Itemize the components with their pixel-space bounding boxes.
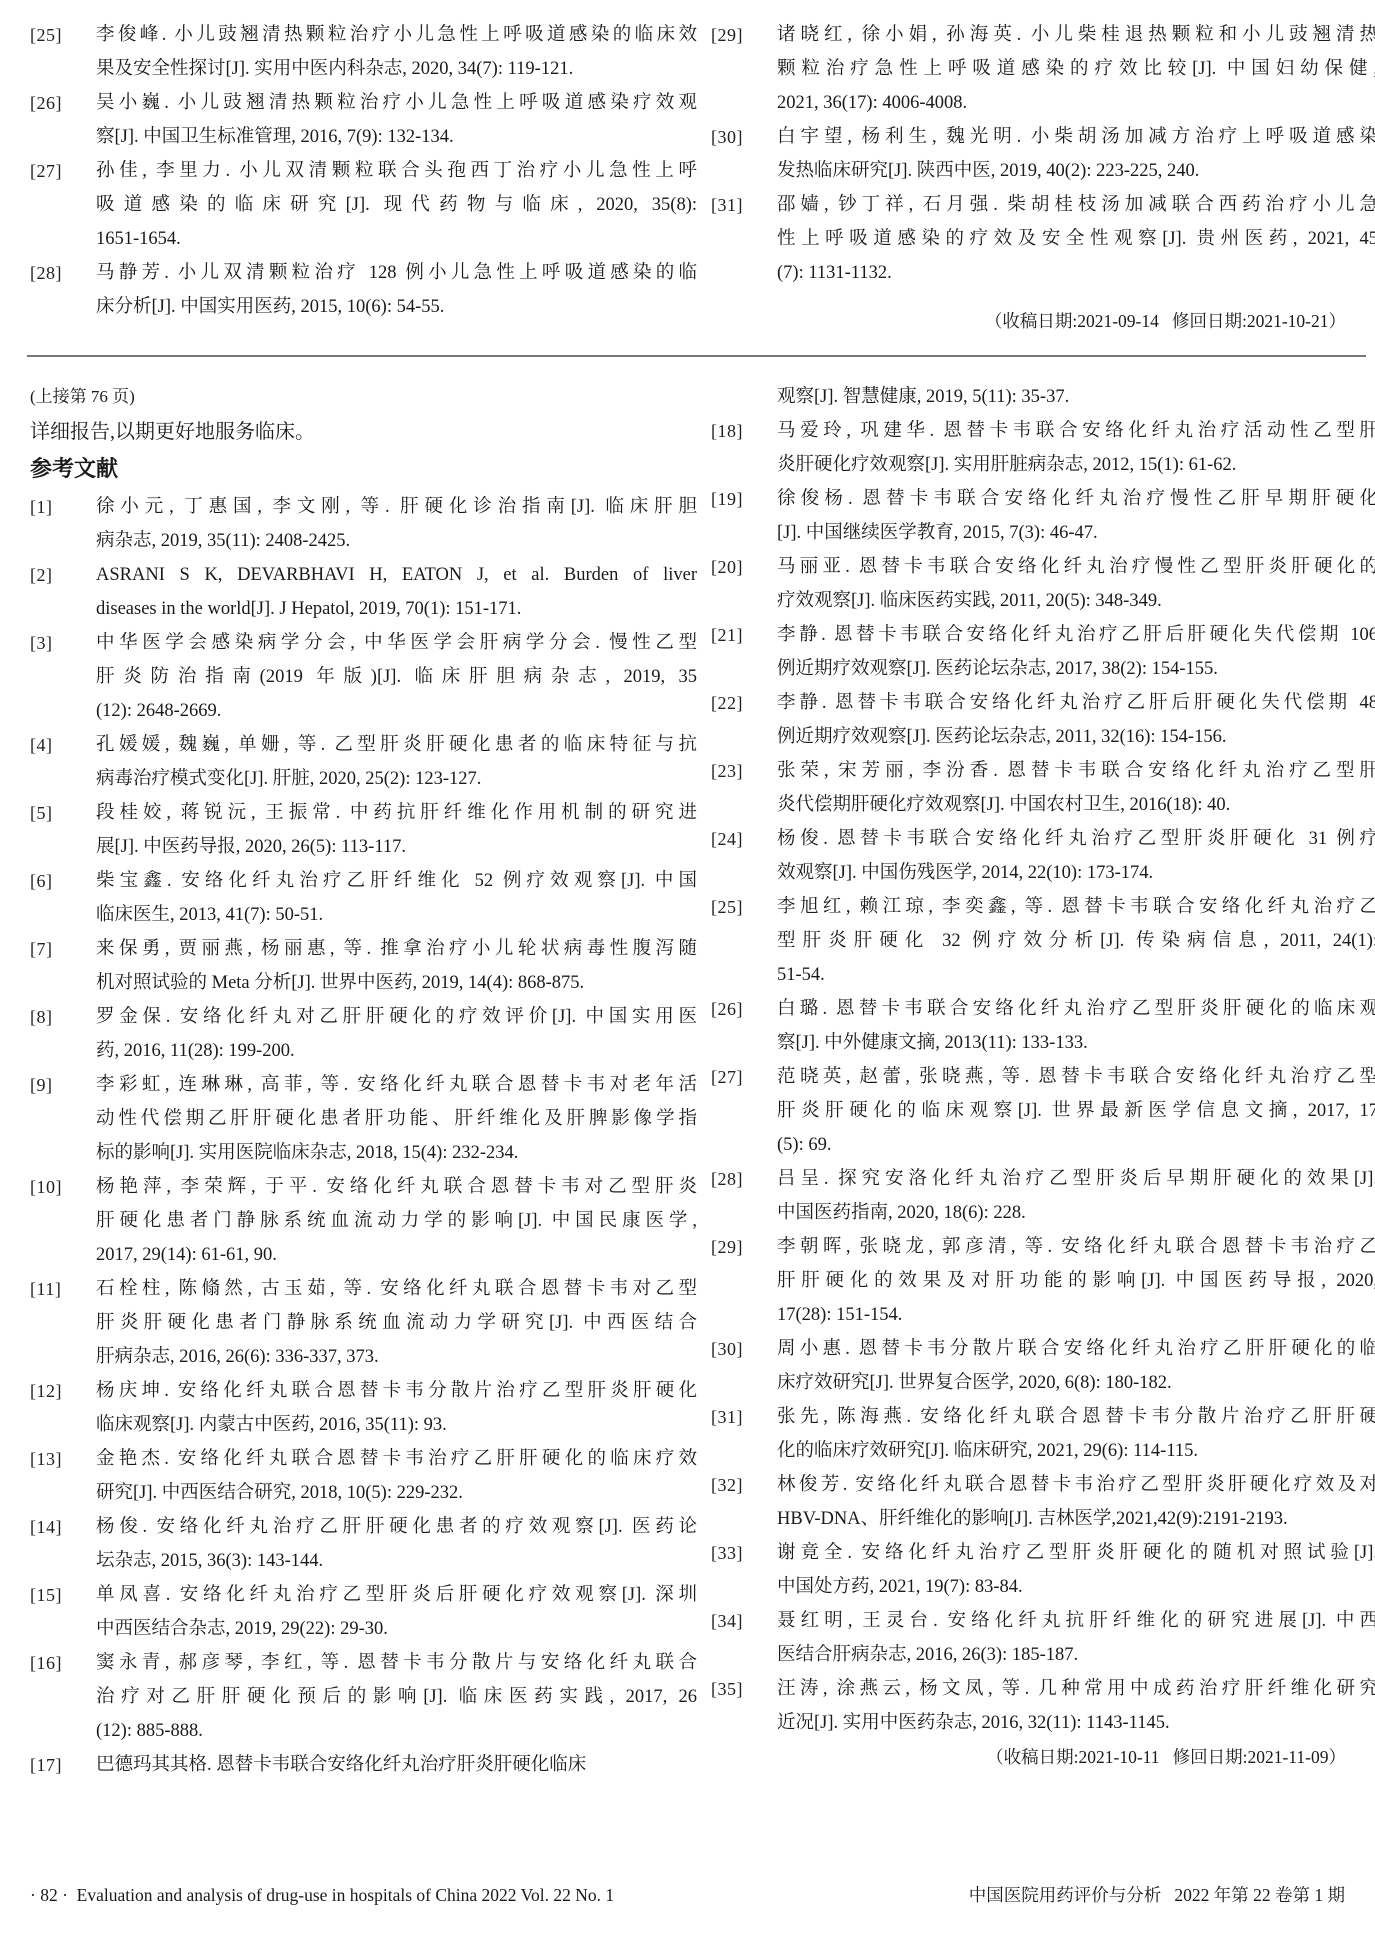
reference-line: 炎肝硬化疗效观察[J]. 实用肝脏病杂志, 2012, 15(1): 61-62… [777,448,1375,482]
reference-line: 来保勇, 贾丽燕, 杨丽惠, 等. 推拿治疗小儿轮状病毒性腹泻随 [96,932,697,966]
reference-item: [15]单凤喜. 安络化纤丸治疗乙型肝炎后肝硬化疗效观察[J]. 深圳中西医结合… [30,1578,700,1646]
footer-right-journal-info: 中国医院用药评价与分析 2022 年第 22 卷第 1 期 [969,1880,1345,1910]
reference-line: (5): 69. [777,1128,1375,1162]
reference-number: [29] [711,1230,743,1264]
bottom-right-reference-list: [18]马爱玲, 巩建华. 恩替卡韦联合安络化纤丸治疗活动性乙型肝炎肝硬化疗效观… [711,414,1375,1740]
reference-number: [26] [711,992,743,1026]
reference-line: [J]. 中国继续医学教育, 2015, 7(3): 46-47. [777,516,1375,550]
reference-number: [19] [711,482,743,516]
reference-number: [24] [711,822,743,856]
reference-line: 周小惠. 恩替卡韦分散片联合安络化纤丸治疗乙肝肝硬化的临 [777,1332,1375,1366]
reference-text: 马丽亚. 恩替卡韦联合安络化纤丸治疗慢性乙型肝炎肝硬化的疗效观察[J]. 临床医… [777,550,1375,618]
bottom-right-column: 观察[J]. 智慧健康, 2019, 5(11): 35-37. [18]马爱玲… [711,380,1375,1774]
intro-text: 详细报告,以期更好地服务临床。 [30,414,700,450]
reference-line: 白宇望, 杨利生, 魏光明. 小柴胡汤加减方治疗上呼吸道感染 [777,120,1375,154]
reference-text: 窦永青, 郝彦琴, 李红, 等. 恩替卡韦分散片与安络化纤丸联合治疗对乙肝肝硬化… [96,1646,700,1748]
reference-text: 中华医学会感染病学分会, 中华医学会肝病学分会. 慢性乙型肝炎防治指南(2019… [96,626,700,728]
reference-line: 果及安全性探讨[J]. 实用中医内科杂志, 2020, 34(7): 119-1… [96,52,697,86]
reference-item: [33]谢竟全. 安络化纤丸治疗乙型肝炎肝硬化的随机对照试验[J].中国处方药,… [711,1536,1375,1604]
reference-number: [7] [30,932,53,966]
reference-line: 病毒治疗模式变化[J]. 肝脏, 2020, 25(2): 123-127. [96,762,697,796]
reference-item: [22]李静. 恩替卡韦联合安络化纤丸治疗乙肝后肝硬化失代偿期 48例近期疗效观… [711,686,1375,754]
reference-line: 1651-1654. [96,222,697,256]
reference-item: [26]白璐. 恩替卡韦联合安络化纤丸治疗乙型肝炎肝硬化的临床观察[J]. 中外… [711,992,1375,1060]
reference-line: 李朝晖, 张晓龙, 郭彦清, 等. 安络化纤丸联合恩替卡韦治疗乙 [777,1230,1375,1264]
reference-line: 研究[J]. 中西医结合研究, 2018, 10(5): 229-232. [96,1476,697,1510]
reference-line: 病杂志, 2019, 35(11): 2408-2425. [96,524,697,558]
reference-line: 段桂姣, 蒋锐沅, 王振常. 中药抗肝纤维化作用机制的研究进 [96,796,697,830]
reference-text: 巴德玛其其格. 恩替卡韦联合安络化纤丸治疗肝炎肝硬化临床 [96,1748,700,1782]
reference-line: (12): 885-888. [96,1714,697,1748]
reference-line: 肝炎肝硬化的临床观察[J]. 世界最新医学信息文摘, 2017, 17 [777,1094,1375,1128]
reference-text: 李俊峰. 小儿豉翘清热颗粒治疗小儿急性上呼吸道感染的临床效果及安全性探讨[J].… [96,18,700,86]
reference-number: [4] [30,728,53,762]
reference-line: 药, 2016, 11(28): 199-200. [96,1034,697,1068]
reference-number: [22] [711,686,743,720]
received-revised-dates-bottom: （收稿日期:2021-10-11 修回日期:2021-11-09） [711,1740,1346,1774]
reference-number: [10] [30,1170,62,1204]
reference-text: 吴小巍. 小儿豉翘清热颗粒治疗小儿急性上呼吸道感染疗效观察[J]. 中国卫生标准… [96,86,700,154]
reference-text: 马静芳. 小儿双清颗粒治疗 128 例小儿急性上呼吸道感染的临床分析[J]. 中… [96,256,700,324]
reference-number: [1] [30,490,53,524]
reference-text: 段桂姣, 蒋锐沅, 王振常. 中药抗肝纤维化作用机制的研究进展[J]. 中医药导… [96,796,700,864]
continued-from-note: (上接第 76 页) [30,380,700,414]
reference-number: [13] [30,1442,62,1476]
reference-line: 中西医结合杂志, 2019, 29(22): 29-30. [96,1612,697,1646]
reference-item: [12]杨庆坤. 安络化纤丸联合恩替卡韦分散片治疗乙型肝炎肝硬化临床观察[J].… [30,1374,700,1442]
reference-text: 吕呈. 探究安洛化纤丸治疗乙型肝炎后早期肝硬化的效果[J].中国医药指南, 20… [777,1162,1375,1230]
reference-item: [7]来保勇, 贾丽燕, 杨丽惠, 等. 推拿治疗小儿轮状病毒性腹泻随机对照试验… [30,932,700,1000]
reference-item: [30]白宇望, 杨利生, 魏光明. 小柴胡汤加减方治疗上呼吸道感染发热临床研究… [711,120,1375,188]
reference-item: [34]聂红明, 王灵台. 安络化纤丸抗肝纤维化的研究进展[J]. 中西医结合肝… [711,1604,1375,1672]
reference-number: [5] [30,796,53,830]
reference-line: 中国处方药, 2021, 19(7): 83-84. [777,1570,1375,1604]
reference-text: 徐俊杨. 恩替卡韦联合安络化纤丸治疗慢性乙肝早期肝硬化[J]. 中国继续医学教育… [777,482,1375,550]
reference-number: [9] [30,1068,53,1102]
reference-line: 巴德玛其其格. 恩替卡韦联合安络化纤丸治疗肝炎肝硬化临床 [96,1748,697,1782]
reference-item: [26]吴小巍. 小儿豉翘清热颗粒治疗小儿急性上呼吸道感染疗效观察[J]. 中国… [30,86,700,154]
reference-item: [35]汪涛, 涂燕云, 杨文凤, 等. 几种常用中成药治疗肝纤维化研究近况[J… [711,1672,1375,1740]
reference-item: [20]马丽亚. 恩替卡韦联合安络化纤丸治疗慢性乙型肝炎肝硬化的疗效观察[J].… [711,550,1375,618]
reference-line: 临床医生, 2013, 41(7): 50-51. [96,898,697,932]
reference-number: [35] [711,1672,743,1706]
reference-line: 杨俊. 安络化纤丸治疗乙肝肝硬化患者的疗效观察[J]. 医药论 [96,1510,697,1544]
reference-number: [23] [711,754,743,788]
reference-line: 李静. 恩替卡韦联合安络化纤丸治疗乙肝后肝硬化失代偿期 48 [777,686,1375,720]
reference-line: 马丽亚. 恩替卡韦联合安络化纤丸治疗慢性乙型肝炎肝硬化的 [777,550,1375,584]
reference-line: (7): 1131-1132. [777,256,1375,290]
reference-number: [16] [30,1646,62,1680]
reference-item: [1]徐小元, 丁惠国, 李文刚, 等. 肝硬化诊治指南[J]. 临床肝胆病杂志… [30,490,700,558]
reference-item: [24]杨俊. 恩替卡韦联合安络化纤丸治疗乙型肝炎肝硬化 31 例疗效观察[J]… [711,822,1375,890]
reference-text: 白宇望, 杨利生, 魏光明. 小柴胡汤加减方治疗上呼吸道感染发热临床研究[J].… [777,120,1375,188]
reference-number: [6] [30,864,53,898]
reference-item: [14]杨俊. 安络化纤丸治疗乙肝肝硬化患者的疗效观察[J]. 医药论坛杂志, … [30,1510,700,1578]
reference-item: [4]孔媛媛, 魏巍, 单姗, 等. 乙型肝炎肝硬化患者的临床特征与抗病毒治疗模… [30,728,700,796]
reference-text: 马爱玲, 巩建华. 恩替卡韦联合安络化纤丸治疗活动性乙型肝炎肝硬化疗效观察[J]… [777,414,1375,482]
reference-item: [29]诸晓红, 徐小娟, 孙海英. 小儿柴桂退热颗粒和小儿豉翘清热颗粒治疗急性… [711,18,1375,120]
reference-line: 马静芳. 小儿双清颗粒治疗 128 例小儿急性上呼吸道感染的临 [96,256,697,290]
section-divider [27,355,1366,357]
reference-line: 治疗对乙肝肝硬化预后的影响[J]. 临床医药实践, 2017, 26 [96,1680,697,1714]
reference-line: 孔媛媛, 魏巍, 单姗, 等. 乙型肝炎肝硬化患者的临床特征与抗 [96,728,697,762]
reference-line: ASRANI S K, DEVARBHAVI H, EATON J, et al… [96,558,697,592]
reference-number: [25] [711,890,743,924]
reference-text: 汪涛, 涂燕云, 杨文凤, 等. 几种常用中成药治疗肝纤维化研究近况[J]. 实… [777,1672,1375,1740]
references-heading: 参考文献 [30,450,700,490]
reference-text: 石栓柱, 陈翛然, 古玉茹, 等. 安络化纤丸联合恩替卡韦对乙型肝炎肝硬化患者门… [96,1272,700,1374]
reference-number: [15] [30,1578,62,1612]
reference-number: [34] [711,1604,743,1638]
reference-line: 化的临床疗效研究[J]. 临床研究, 2021, 29(6): 114-115. [777,1434,1375,1468]
reference-line: 2017, 29(14): 61-61, 90. [96,1238,697,1272]
reference-line: 石栓柱, 陈翛然, 古玉茹, 等. 安络化纤丸联合恩替卡韦对乙型 [96,1272,697,1306]
reference-item: [3]中华医学会感染病学分会, 中华医学会肝病学分会. 慢性乙型肝炎防治指南(2… [30,626,700,728]
reference-text: 杨俊. 安络化纤丸治疗乙肝肝硬化患者的疗效观察[J]. 医药论坛杂志, 2015… [96,1510,700,1578]
reference-line: 察[J]. 中外健康文摘, 2013(11): 133-133. [777,1026,1375,1060]
reference-text: 孙佳, 李里力. 小儿双清颗粒联合头孢西丁治疗小儿急性上呼吸道感染的临床研究[J… [96,154,700,256]
reference-text: 徐小元, 丁惠国, 李文刚, 等. 肝硬化诊治指南[J]. 临床肝胆病杂志, 2… [96,490,700,558]
reference-line: 标的影响[J]. 实用医院临床杂志, 2018, 15(4): 232-234. [96,1136,697,1170]
reference-line: 坛杂志, 2015, 36(3): 143-144. [96,1544,697,1578]
reference-line: 例近期疗效观察[J]. 医药论坛杂志, 2011, 32(16): 154-15… [777,720,1375,754]
reference-line: 汪涛, 涂燕云, 杨文凤, 等. 几种常用中成药治疗肝纤维化研究 [777,1672,1375,1706]
bottom-left-reference-list: [1]徐小元, 丁惠国, 李文刚, 等. 肝硬化诊治指南[J]. 临床肝胆病杂志… [30,490,700,1782]
reference-item: [25]李旭红, 赖江琼, 李奕鑫, 等. 恩替卡韦联合安络化纤丸治疗乙型肝炎肝… [711,890,1375,992]
reference-item: [2]ASRANI S K, DEVARBHAVI H, EATON J, et… [30,558,700,626]
reference-text: 李静. 恩替卡韦联合安络化纤丸治疗乙肝后肝硬化失代偿期 106例近期疗效观察[J… [777,618,1375,686]
reference-line: 杨庆坤. 安络化纤丸联合恩替卡韦分散片治疗乙型肝炎肝硬化 [96,1374,697,1408]
reference-number: [3] [30,626,53,660]
reference-text: 柴宝鑫. 安络化纤丸治疗乙肝纤维化 52 例疗效观察[J]. 中国临床医生, 2… [96,864,700,932]
reference-number: [32] [711,1468,743,1502]
reference-line: 肝肝硬化的效果及对肝功能的影响[J]. 中国医药导报, 2020, [777,1264,1375,1298]
reference-number: [33] [711,1536,743,1570]
reference-number: [28] [30,256,62,290]
reference-item: [13]金艳杰. 安络化纤丸联合恩替卡韦治疗乙肝肝硬化的临床疗效研究[J]. 中… [30,1442,700,1510]
reference-item: [18]马爱玲, 巩建华. 恩替卡韦联合安络化纤丸治疗活动性乙型肝炎肝硬化疗效观… [711,414,1375,482]
bottom-left-column: (上接第 76 页) 详细报告,以期更好地服务临床。 参考文献 [1]徐小元, … [30,380,700,1782]
reference-text: 单凤喜. 安络化纤丸治疗乙型肝炎后肝硬化疗效观察[J]. 深圳中西医结合杂志, … [96,1578,700,1646]
reference-line: 张荣, 宋芳丽, 李汾香. 恩替卡韦联合安络化纤丸治疗乙型肝 [777,754,1375,788]
reference-line: 2021, 36(17): 4006-4008. [777,86,1375,120]
footer-left-journal-info: · 82 · Evaluation and analysis of drug-u… [30,1880,614,1910]
reference-item: [29]李朝晖, 张晓龙, 郭彦清, 等. 安络化纤丸联合恩替卡韦治疗乙肝肝硬化… [711,1230,1375,1332]
reference-line: 邵嫱, 钞丁祥, 石月强. 柴胡桂枝汤加减联合西药治疗小儿急 [777,188,1375,222]
reference-line: 疗效观察[J]. 临床医药实践, 2011, 20(5): 348-349. [777,584,1375,618]
reference-text: 杨艳萍, 李荣辉, 于平. 安络化纤丸联合恩替卡韦对乙型肝炎肝硬化患者门静脉系统… [96,1170,700,1272]
reference-line: 李彩虹, 连琳琳, 高菲, 等. 安络化纤丸联合恩替卡韦对老年活 [96,1068,697,1102]
reference-text: 来保勇, 贾丽燕, 杨丽惠, 等. 推拿治疗小儿轮状病毒性腹泻随机对照试验的 M… [96,932,700,1000]
reference-line: 杨俊. 恩替卡韦联合安络化纤丸治疗乙型肝炎肝硬化 31 例疗 [777,822,1375,856]
reference-number: [11] [30,1272,61,1306]
reference-text: 邵嫱, 钞丁祥, 石月强. 柴胡桂枝汤加减联合西药治疗小儿急性上呼吸道感染的疗效… [777,188,1375,290]
reference-line: 机对照试验的 Meta 分析[J]. 世界中医药, 2019, 14(4): 8… [96,966,697,1000]
reference-line: 炎代偿期肝硬化疗效观察[J]. 中国农村卫生, 2016(18): 40. [777,788,1375,822]
reference-text: 李旭红, 赖江琼, 李奕鑫, 等. 恩替卡韦联合安络化纤丸治疗乙型肝炎肝硬化 3… [777,890,1375,992]
reference-17-continuation: 观察[J]. 智慧健康, 2019, 5(11): 35-37. [777,380,1375,414]
reference-text: ASRANI S K, DEVARBHAVI H, EATON J, et al… [96,558,700,626]
reference-item: [31]张先, 陈海燕. 安络化纤丸联合恩替卡韦分散片治疗乙肝肝硬化的临床疗效研… [711,1400,1375,1468]
reference-line: 型肝炎肝硬化 32 例疗效分析[J]. 传染病信息, 2011, 24(1): [777,924,1375,958]
reference-item: [6]柴宝鑫. 安络化纤丸治疗乙肝纤维化 52 例疗效观察[J]. 中国临床医生… [30,864,700,932]
reference-text: 周小惠. 恩替卡韦分散片联合安络化纤丸治疗乙肝肝硬化的临床疗效研究[J]. 世界… [777,1332,1375,1400]
reference-line: 医结合肝病杂志, 2016, 26(3): 185-187. [777,1638,1375,1672]
top-right-reference-column: [29]诸晓红, 徐小娟, 孙海英. 小儿柴桂退热颗粒和小儿豉翘清热颗粒治疗急性… [711,18,1375,290]
reference-number: [14] [30,1510,62,1544]
reference-number: [31] [711,188,743,222]
reference-number: [27] [30,154,62,188]
reference-item: [19]徐俊杨. 恩替卡韦联合安络化纤丸治疗慢性乙肝早期肝硬化[J]. 中国继续… [711,482,1375,550]
reference-line: 肝硬化患者门静脉系统血流动力学的影响[J]. 中国民康医学, [96,1204,697,1238]
reference-item: [30]周小惠. 恩替卡韦分散片联合安络化纤丸治疗乙肝肝硬化的临床疗效研究[J]… [711,1332,1375,1400]
reference-text: 金艳杰. 安络化纤丸联合恩替卡韦治疗乙肝肝硬化的临床疗效研究[J]. 中西医结合… [96,1442,700,1510]
reference-line: 孙佳, 李里力. 小儿双清颗粒联合头孢西丁治疗小儿急性上呼 [96,154,697,188]
reference-line: 展[J]. 中医药导报, 2020, 26(5): 113-117. [96,830,697,864]
reference-line: 肝炎肝硬化患者门静脉系统血流动力学研究[J]. 中西医结合 [96,1306,697,1340]
reference-number: [30] [711,1332,743,1366]
reference-number: [2] [30,558,53,592]
reference-line: 临床观察[J]. 内蒙古中医药, 2016, 35(11): 93. [96,1408,697,1442]
reference-item: [17]巴德玛其其格. 恩替卡韦联合安络化纤丸治疗肝炎肝硬化临床 [30,1748,700,1782]
reference-line: 例近期疗效观察[J]. 医药论坛杂志, 2017, 38(2): 154-155… [777,652,1375,686]
reference-line: 白璐. 恩替卡韦联合安络化纤丸治疗乙型肝炎肝硬化的临床观 [777,992,1375,1026]
top-left-reference-column: [25]李俊峰. 小儿豉翘清热颗粒治疗小儿急性上呼吸道感染的临床效果及安全性探讨… [30,18,700,324]
reference-line: 肝炎防治指南(2019 年版)[J]. 临床肝胆病杂志, 2019, 35 [96,660,697,694]
reference-line: 肝病杂志, 2016, 26(6): 336-337, 373. [96,1340,697,1374]
reference-item: [28]吕呈. 探究安洛化纤丸治疗乙型肝炎后早期肝硬化的效果[J].中国医药指南… [711,1162,1375,1230]
reference-line: 床疗效研究[J]. 世界复合医学, 2020, 6(8): 180-182. [777,1366,1375,1400]
reference-line: 金艳杰. 安络化纤丸联合恩替卡韦治疗乙肝肝硬化的临床疗效 [96,1442,697,1476]
reference-number: [8] [30,1000,53,1034]
reference-line: 马爱玲, 巩建华. 恩替卡韦联合安络化纤丸治疗活动性乙型肝 [777,414,1375,448]
reference-item: [11]石栓柱, 陈翛然, 古玉茹, 等. 安络化纤丸联合恩替卡韦对乙型肝炎肝硬… [30,1272,700,1374]
reference-text: 张荣, 宋芳丽, 李汾香. 恩替卡韦联合安络化纤丸治疗乙型肝炎代偿期肝硬化疗效观… [777,754,1375,822]
reference-number: [21] [711,618,743,652]
reference-item: [32]林俊芳. 安络化纤丸联合恩替卡韦治疗乙型肝炎肝硬化疗效及对HBV-DNA… [711,1468,1375,1536]
reference-item: [21]李静. 恩替卡韦联合安络化纤丸治疗乙肝后肝硬化失代偿期 106例近期疗效… [711,618,1375,686]
reference-line: (12): 2648-2669. [96,694,697,728]
reference-text: 李朝晖, 张晓龙, 郭彦清, 等. 安络化纤丸联合恩替卡韦治疗乙肝肝硬化的效果及… [777,1230,1375,1332]
reference-line: 察[J]. 中国卫生标准管理, 2016, 7(9): 132-134. [96,120,697,154]
reference-line: HBV-DNA、肝纤维化的影响[J]. 吉林医学,2021,42(9):2191… [777,1502,1375,1536]
reference-number: [18] [711,414,743,448]
reference-line: 李俊峰. 小儿豉翘清热颗粒治疗小儿急性上呼吸道感染的临床效 [96,18,697,52]
reference-number: [31] [711,1400,743,1434]
reference-number: [26] [30,86,62,120]
reference-item: [16]窦永青, 郝彦琴, 李红, 等. 恩替卡韦分散片与安络化纤丸联合治疗对乙… [30,1646,700,1748]
reference-text: 罗金保. 安络化纤丸对乙肝肝硬化的疗效评价[J]. 中国实用医药, 2016, … [96,1000,700,1068]
reference-item: [8]罗金保. 安络化纤丸对乙肝肝硬化的疗效评价[J]. 中国实用医药, 201… [30,1000,700,1068]
reference-text: 李静. 恩替卡韦联合安络化纤丸治疗乙肝后肝硬化失代偿期 48例近期疗效观察[J]… [777,686,1375,754]
reference-number: [20] [711,550,743,584]
reference-text: 张先, 陈海燕. 安络化纤丸联合恩替卡韦分散片治疗乙肝肝硬化的临床疗效研究[J]… [777,1400,1375,1468]
reference-line: 颗粒治疗急性上呼吸道感染的疗效比较[J]. 中国妇幼保健, [777,52,1375,86]
reference-line: 柴宝鑫. 安络化纤丸治疗乙肝纤维化 52 例疗效观察[J]. 中国 [96,864,697,898]
reference-line: 林俊芳. 安络化纤丸联合恩替卡韦治疗乙型肝炎肝硬化疗效及对 [777,1468,1375,1502]
reference-text: 诸晓红, 徐小娟, 孙海英. 小儿柴桂退热颗粒和小儿豉翘清热颗粒治疗急性上呼吸道… [777,18,1375,120]
reference-line: 张先, 陈海燕. 安络化纤丸联合恩替卡韦分散片治疗乙肝肝硬 [777,1400,1375,1434]
reference-number: [25] [30,18,62,52]
reference-text: 孔媛媛, 魏巍, 单姗, 等. 乙型肝炎肝硬化患者的临床特征与抗病毒治疗模式变化… [96,728,700,796]
reference-line: diseases in the world[J]. J Hepatol, 201… [96,592,697,626]
received-revised-dates-top: （收稿日期:2021-09-14 修回日期:2021-10-21） [711,304,1346,338]
reference-number: [12] [30,1374,62,1408]
reference-item: [10]杨艳萍, 李荣辉, 于平. 安络化纤丸联合恩替卡韦对乙型肝炎肝硬化患者门… [30,1170,700,1272]
reference-line: 17(28): 151-154. [777,1298,1375,1332]
reference-line: 效观察[J]. 中国伤残医学, 2014, 22(10): 173-174. [777,856,1375,890]
reference-line: 徐小元, 丁惠国, 李文刚, 等. 肝硬化诊治指南[J]. 临床肝胆 [96,490,697,524]
reference-line: 徐俊杨. 恩替卡韦联合安络化纤丸治疗慢性乙肝早期肝硬化 [777,482,1375,516]
reference-line: 吴小巍. 小儿豉翘清热颗粒治疗小儿急性上呼吸道感染疗效观 [96,86,697,120]
reference-item: [9]李彩虹, 连琳琳, 高菲, 等. 安络化纤丸联合恩替卡韦对老年活动性代偿期… [30,1068,700,1170]
reference-line: 杨艳萍, 李荣辉, 于平. 安络化纤丸联合恩替卡韦对乙型肝炎 [96,1170,697,1204]
reference-text: 李彩虹, 连琳琳, 高菲, 等. 安络化纤丸联合恩替卡韦对老年活动性代偿期乙肝肝… [96,1068,700,1170]
reference-number: [27] [711,1060,743,1094]
reference-text: 白璐. 恩替卡韦联合安络化纤丸治疗乙型肝炎肝硬化的临床观察[J]. 中外健康文摘… [777,992,1375,1060]
reference-line: 范晓英, 赵蕾, 张晓燕, 等. 恩替卡韦联合安络化纤丸治疗乙型 [777,1060,1375,1094]
reference-line: 李旭红, 赖江琼, 李奕鑫, 等. 恩替卡韦联合安络化纤丸治疗乙 [777,890,1375,924]
reference-line: 诸晓红, 徐小娟, 孙海英. 小儿柴桂退热颗粒和小儿豉翘清热 [777,18,1375,52]
reference-number: [29] [711,18,743,52]
reference-item: [27]孙佳, 李里力. 小儿双清颗粒联合头孢西丁治疗小儿急性上呼吸道感染的临床… [30,154,700,256]
reference-item: [5]段桂姣, 蒋锐沅, 王振常. 中药抗肝纤维化作用机制的研究进展[J]. 中… [30,796,700,864]
reference-line: 聂红明, 王灵台. 安络化纤丸抗肝纤维化的研究进展[J]. 中西 [777,1604,1375,1638]
reference-item: [25]李俊峰. 小儿豉翘清热颗粒治疗小儿急性上呼吸道感染的临床效果及安全性探讨… [30,18,700,86]
reference-number: [28] [711,1162,743,1196]
reference-line: 李静. 恩替卡韦联合安络化纤丸治疗乙肝后肝硬化失代偿期 106 [777,618,1375,652]
reference-text: 聂红明, 王灵台. 安络化纤丸抗肝纤维化的研究进展[J]. 中西医结合肝病杂志,… [777,1604,1375,1672]
reference-text: 谢竟全. 安络化纤丸治疗乙型肝炎肝硬化的随机对照试验[J].中国处方药, 202… [777,1536,1375,1604]
reference-text: 范晓英, 赵蕾, 张晓燕, 等. 恩替卡韦联合安络化纤丸治疗乙型肝炎肝硬化的临床… [777,1060,1375,1162]
reference-item: [27]范晓英, 赵蕾, 张晓燕, 等. 恩替卡韦联合安络化纤丸治疗乙型肝炎肝硬… [711,1060,1375,1162]
reference-line: 中华医学会感染病学分会, 中华医学会肝病学分会. 慢性乙型 [96,626,697,660]
reference-line: 动性代偿期乙肝肝硬化患者肝功能、肝纤维化及肝脾影像学指 [96,1102,697,1136]
reference-line: 近况[J]. 实用中医药杂志, 2016, 32(11): 1143-1145. [777,1706,1375,1740]
reference-line: 发热临床研究[J]. 陕西中医, 2019, 40(2): 223-225, 2… [777,154,1375,188]
reference-line: 中国医药指南, 2020, 18(6): 228. [777,1196,1375,1230]
reference-item: [23]张荣, 宋芳丽, 李汾香. 恩替卡韦联合安络化纤丸治疗乙型肝炎代偿期肝硬… [711,754,1375,822]
reference-line: 单凤喜. 安络化纤丸治疗乙型肝炎后肝硬化疗效观察[J]. 深圳 [96,1578,697,1612]
reference-line: 谢竟全. 安络化纤丸治疗乙型肝炎肝硬化的随机对照试验[J]. [777,1536,1375,1570]
reference-line: 窦永青, 郝彦琴, 李红, 等. 恩替卡韦分散片与安络化纤丸联合 [96,1646,697,1680]
reference-number: [30] [711,120,743,154]
reference-line: 性上呼吸道感染的疗效及安全性观察[J]. 贵州医药, 2021, 45 [777,222,1375,256]
reference-item: [28]马静芳. 小儿双清颗粒治疗 128 例小儿急性上呼吸道感染的临床分析[J… [30,256,700,324]
reference-line: 罗金保. 安络化纤丸对乙肝肝硬化的疗效评价[J]. 中国实用医 [96,1000,697,1034]
reference-line: 吕呈. 探究安洛化纤丸治疗乙型肝炎后早期肝硬化的效果[J]. [777,1162,1375,1196]
reference-line: 吸道感染的临床研究[J]. 现代药物与临床, 2020, 35(8): [96,188,697,222]
reference-text: 林俊芳. 安络化纤丸联合恩替卡韦治疗乙型肝炎肝硬化疗效及对HBV-DNA、肝纤维… [777,1468,1375,1536]
reference-text: 杨俊. 恩替卡韦联合安络化纤丸治疗乙型肝炎肝硬化 31 例疗效观察[J]. 中国… [777,822,1375,890]
reference-number: [17] [30,1748,62,1782]
reference-line: 51-54. [777,958,1375,992]
reference-item: [31]邵嫱, 钞丁祥, 石月强. 柴胡桂枝汤加减联合西药治疗小儿急性上呼吸道感… [711,188,1375,290]
reference-line: 床分析[J]. 中国实用医药, 2015, 10(6): 54-55. [96,290,697,324]
reference-text: 杨庆坤. 安络化纤丸联合恩替卡韦分散片治疗乙型肝炎肝硬化临床观察[J]. 内蒙古… [96,1374,700,1442]
